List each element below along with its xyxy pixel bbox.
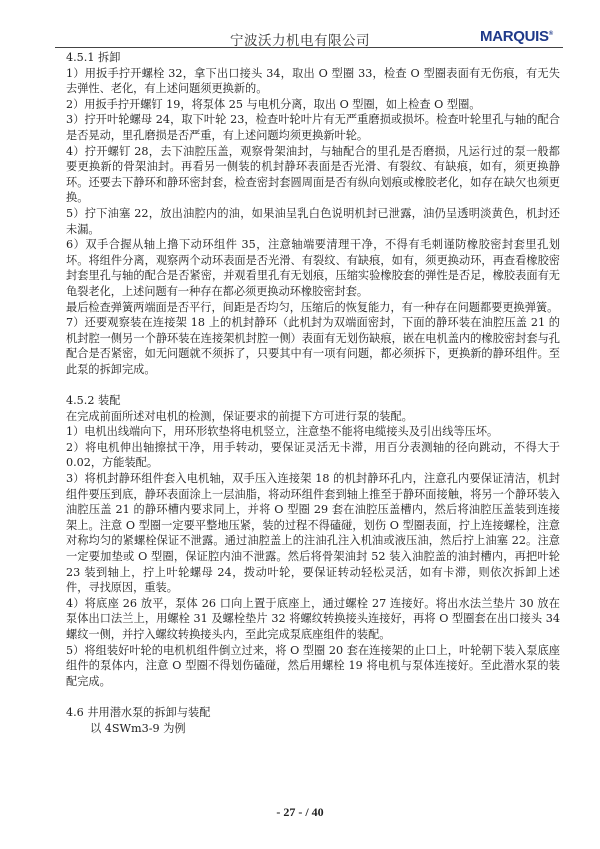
paragraph: 最后检查弹簧两端面是否平行，间距是否均匀，压缩后的恢复能力，有一种存在问题都要更… (66, 300, 560, 316)
paragraph: 2）用扳手拧开螺钉 19，将泵体 25 与电机分离，取出 O 型圈，如上检查 O… (66, 97, 560, 113)
header-divider (55, 47, 563, 48)
paragraph: 5）将组装好叶轮的电机机组件倒立过来，将 O 型圈 20 套在连接架的止口上，叶… (66, 643, 560, 690)
paragraph: 7）还要观察装在连接架 18 上的机封静环（此机封为双端面密封，下面的静环装在油… (66, 315, 560, 377)
paragraph: 3）将机封静环组件套入电机轴，双手压入连接架 18 的机封静环孔内，注意孔内要保… (66, 471, 560, 596)
paragraph: 5）拧下油塞 22，放出油腔内的油，如果油呈乳白色说明机封已泄露，油仍呈透明淡黄… (66, 206, 560, 237)
logo-text: MARQUIS (480, 28, 549, 45)
section-heading-4-5-1: 4.5.1 拆卸 (66, 50, 560, 66)
marquis-logo: MARQUIS® (480, 28, 553, 45)
paragraph: 4）将底座 26 放平，泵体 26 口向上置于底座上，通过螺栓 27 连接好。将… (66, 596, 560, 643)
section-heading-4-5-2: 4.5.2 装配 (66, 393, 560, 409)
registered-mark-icon: ® (549, 31, 553, 37)
paragraph: 2）将电机伸出轴擦拭干净，用手转动，要保证灵活无卡滞，用百分表测轴的径向跳动，不… (66, 440, 560, 471)
paragraph: 1）电机出线端向下，用环形软垫将电机竖立，注意垫不能将电缆接头及引出线等压坏。 (66, 424, 560, 440)
paragraph: 在完成前面所述对电机的检测，保证要求的前提下方可进行泵的装配。 (66, 409, 560, 425)
spacer (66, 377, 560, 393)
paragraph: 6）双手合握从轴上撸下动环组件 35，注意轴端要清理干净，不得有毛刺谨防橡胶密封… (66, 237, 560, 299)
page-number: - 27 - / 40 (0, 805, 600, 820)
paragraph: 3）拧开叶轮螺母 24，取下叶轮 23，检查叶轮叶片有无严重磨损或损坏。检查叶轮… (66, 112, 560, 143)
document-body: 4.5.1 拆卸 1）用扳手拧开螺栓 32，拿下出口接头 34，取出 O 型圈 … (66, 50, 560, 736)
paragraph: 4）拧开螺钉 28，去下油腔压盖，观察骨架油封，与轴配合的里孔是否磨损，凡运行过… (66, 144, 560, 206)
paragraph: 以 4SWm3-9 为例 (66, 721, 560, 737)
paragraph: 1）用扳手拧开螺栓 32，拿下出口接头 34，取出 O 型圈 33，检查 O 型… (66, 66, 560, 97)
spacer (66, 689, 560, 705)
section-heading-4-6: 4.6 井用潜水泵的拆卸与装配 (66, 705, 560, 721)
